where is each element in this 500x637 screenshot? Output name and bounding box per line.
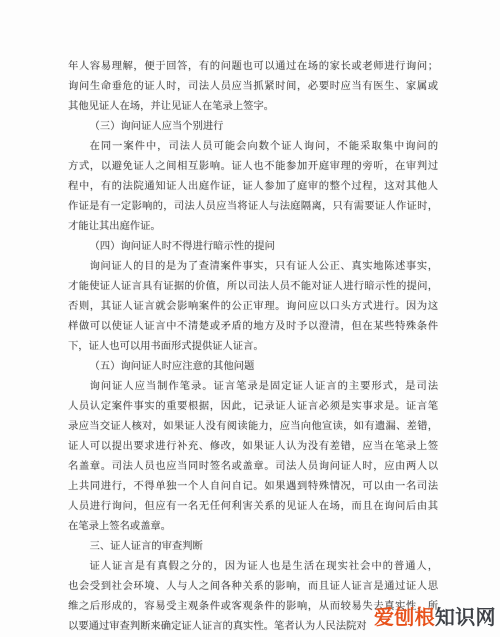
text-line: 年人容易理解，便于回答，有的问题也可以通过在场的家长或老师进行询问； xyxy=(68,57,438,77)
text-line: 在同一案件中，司法人员可能会向数个证人询问，不能采取集中询问的 xyxy=(68,137,438,157)
text-line: 下，证人也可以用书面形式提供证人证言。 xyxy=(68,337,438,357)
watermark-brand-part1: 爱刨根 xyxy=(374,607,435,629)
document-text-block: 年人容易理解，便于回答，有的问题也可以通过在场的家长或老师进行询问；询问生命垂危… xyxy=(68,57,438,637)
site-watermark: 爱刨根知识网 xyxy=(374,606,496,630)
text-line: （四）询问证人时不得进行暗示性的提问 xyxy=(68,237,438,257)
text-line: 才能让其出庭作证。 xyxy=(68,217,438,237)
text-line: 上共同进行，不得单独一个人自问自记。如果遇到特殊情况，可以由一名司法 xyxy=(68,477,438,497)
document-page: 年人容易理解，便于回答，有的问题也可以通过在场的家长或老师进行询问；询问生命垂危… xyxy=(0,0,500,637)
text-line: 样做可以使证人证言中不清楚或矛盾的地方及时予以澄清，但在某些特殊条件 xyxy=(68,317,438,337)
text-line: 名盖章。司法人员也应当同时签名或盖章。司法人员询问证人时，应由两人以 xyxy=(68,457,438,477)
text-line: （五）询问证人时应注意的其他问题 xyxy=(68,357,438,377)
text-line: 方式，以避免证人之间相互影响。证人也不能参加开庭审理的旁听，在审判过 xyxy=(68,157,438,177)
text-line: 询问证人应当制作笔录。证言笔录是固定证人证言的主要形式，是司法 xyxy=(68,377,438,397)
text-line: 询问证人的目的是为了查清案件事实，只有证人公正、真实地陈述事实， xyxy=(68,257,438,277)
text-line: 其他见证人在场，并让见证人在笔录上签字。 xyxy=(68,97,438,117)
text-line: 询问生命垂危的证人时，司法人员应当抓紧时间，必要时应当有医生、家属或 xyxy=(68,77,438,97)
text-line: 否则，其证人证言就会影响案件的公正审理。询问应以口头方式进行。因为这 xyxy=(68,297,438,317)
text-line: 三、证人证言的审查判断 xyxy=(68,537,438,557)
text-line: （三）询问证人应当个别进行 xyxy=(68,117,438,137)
text-line: 人员认定案件事实的重要根据，因此，记录证人证言必须是实事求是。证言笔 xyxy=(68,397,438,417)
text-line: 证人可以提出要求进行补充、修改，如果证人认为没有差错，应当在笔录上签 xyxy=(68,437,438,457)
text-line: 人员进行询问，但应有一名无任何利害关系的见证人在场，而且在询问后由其 xyxy=(68,497,438,517)
text-line: 录应当交证人核对，如果证人没有阅读能力，应当向他宣读，如有遗漏、差错， xyxy=(68,417,438,437)
text-line: 也会受到社会环境、人与人之间各种关系的影响，而且证人证言是通过证人思 xyxy=(68,577,438,597)
text-line: 程中，有的法院通知证人出庭作证，证人参加了庭审的整个过程，这对其他人 xyxy=(68,177,438,197)
text-line: 证人证言是有真假之分的，因为证人也是生活在现实社会中的普通人， xyxy=(68,557,438,577)
text-line: 才能使证人证言具有证据的价值，所以司法人员不能对证人进行暗示性的提问， xyxy=(68,277,438,297)
text-line: 作证是有一定影响的，司法人员应当将证人与法庭隔离，只有需要证人作证时， xyxy=(68,197,438,217)
watermark-brand-part2: 知识网 xyxy=(435,607,496,629)
text-line: 在笔录上签名或盖章。 xyxy=(68,517,438,537)
